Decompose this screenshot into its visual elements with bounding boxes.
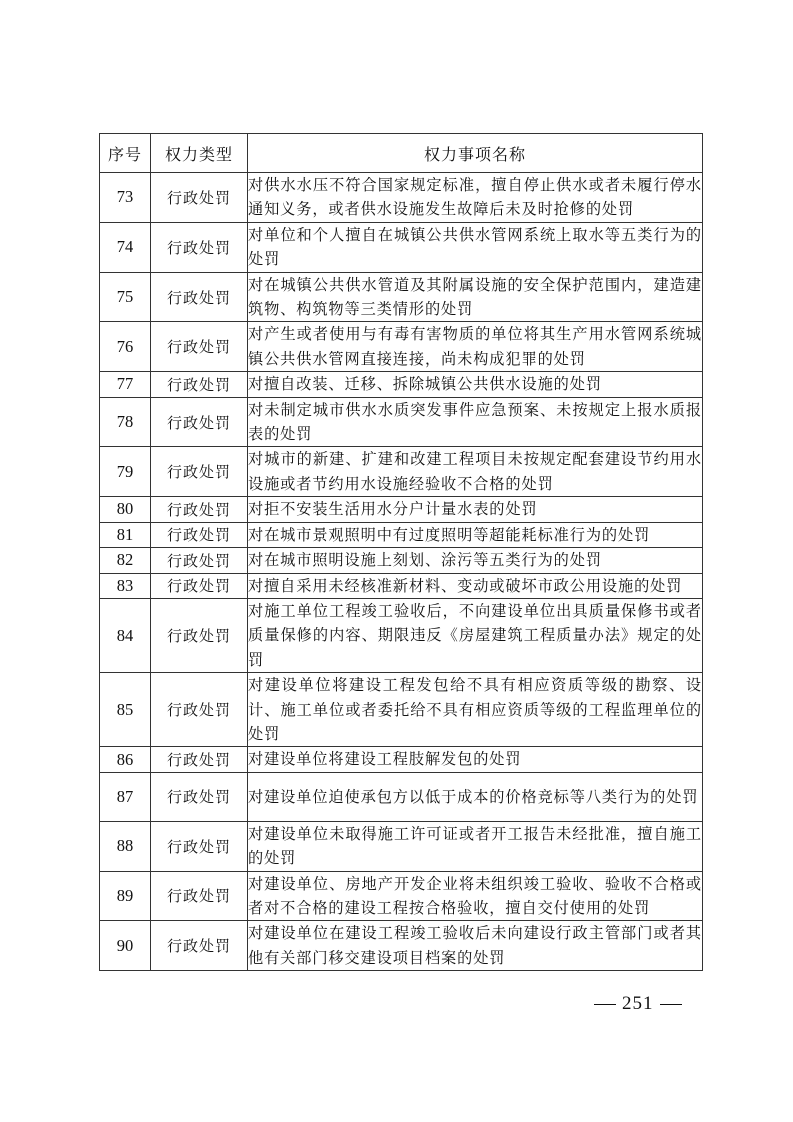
power-type-cell: 行政处罚 — [151, 548, 248, 573]
power-type-cell: 行政处罚 — [151, 173, 248, 223]
power-items-table: 序号 权力类型 权力事项名称 73行政处罚对供水水压不符合国家规定标准，擅自停止… — [99, 133, 703, 971]
serial-number-cell: 87 — [100, 772, 151, 821]
table-row: 75行政处罚对在城镇公共供水管道及其附属设施的安全保护范围内，建造建筑物、构筑物… — [100, 272, 703, 322]
power-item-name-cell: 对城市的新建、扩建和改建工程项目未按规定配套建设节约用水设施或者节约用水设施经验… — [248, 447, 703, 497]
serial-number-cell: 80 — [100, 497, 151, 522]
power-item-name-cell: 对建设单位迫使承包方以低于成本的价格竞标等八类行为的处罚 — [248, 772, 703, 821]
power-type-cell: 行政处罚 — [151, 222, 248, 272]
power-item-name-cell: 对建设单位、房地产开发企业将未组织竣工验收、验收不合格或者对不合格的建设工程按合… — [248, 871, 703, 921]
table-row: 84行政处罚对施工单位工程竣工验收后，不向建设单位出具质量保修书或者质量保修的内… — [100, 598, 703, 672]
table-row: 77行政处罚对擅自改装、迁移、拆除城镇公共供水设施的处罚 — [100, 372, 703, 397]
serial-number-cell: 89 — [100, 871, 151, 921]
table-row: 83行政处罚对擅自采用未经核准新材料、变动或破坏市政公用设施的处罚 — [100, 573, 703, 598]
power-item-name-cell: 对拒不安装生活用水分户计量水表的处罚 — [248, 497, 703, 522]
serial-number-cell: 74 — [100, 222, 151, 272]
power-item-name-cell: 对建设单位在建设工程竣工验收后未向建设行政主管部门或者其他有关部门移交建设项目档… — [248, 921, 703, 971]
power-type-cell: 行政处罚 — [151, 673, 248, 747]
power-item-name-cell: 对供水水压不符合国家规定标准，擅自停止供水或者未履行停水通知义务，或者供水设施发… — [248, 173, 703, 223]
power-type-cell: 行政处罚 — [151, 372, 248, 397]
power-item-name-cell: 对施工单位工程竣工验收后，不向建设单位出具质量保修书或者质量保修的内容、期限违反… — [248, 598, 703, 672]
table-row: 81行政处罚对在城市景观照明中有过度照明等超能耗标准行为的处罚 — [100, 522, 703, 547]
serial-number-cell: 79 — [100, 447, 151, 497]
power-type-cell: 行政处罚 — [151, 921, 248, 971]
serial-number-cell: 83 — [100, 573, 151, 598]
power-type-cell: 行政处罚 — [151, 573, 248, 598]
table-row: 73行政处罚对供水水压不符合国家规定标准，擅自停止供水或者未履行停水通知义务，或… — [100, 173, 703, 223]
power-item-name-cell: 对产生或者使用与有毒有害物质的单位将其生产用水管网系统城镇公共供水管网直接连接，… — [248, 322, 703, 372]
header-power-type: 权力类型 — [151, 134, 248, 173]
serial-number-cell: 90 — [100, 921, 151, 971]
table-row: 90行政处罚对建设单位在建设工程竣工验收后未向建设行政主管部门或者其他有关部门移… — [100, 921, 703, 971]
table-row: 78行政处罚对未制定城市供水水质突发事件应急预案、未按规定上报水质报表的处罚 — [100, 397, 703, 447]
table-row: 87行政处罚对建设单位迫使承包方以低于成本的价格竞标等八类行为的处罚 — [100, 772, 703, 821]
power-type-cell: 行政处罚 — [151, 322, 248, 372]
dash-left — [594, 1004, 616, 1005]
table-row: 88行政处罚对建设单位未取得施工许可证或者开工报告未经批准，擅自施工的处罚 — [100, 821, 703, 871]
power-type-cell: 行政处罚 — [151, 821, 248, 871]
power-type-cell: 行政处罚 — [151, 598, 248, 672]
dash-right — [660, 1004, 682, 1005]
power-item-name-cell: 对擅自采用未经核准新材料、变动或破坏市政公用设施的处罚 — [248, 573, 703, 598]
power-type-cell: 行政处罚 — [151, 772, 248, 821]
power-item-name-cell: 对建设单位将建设工程发包给不具有相应资质等级的勘察、设计、施工单位或者委托给不具… — [248, 673, 703, 747]
serial-number-cell: 85 — [100, 673, 151, 747]
power-type-cell: 行政处罚 — [151, 397, 248, 447]
header-serial-number: 序号 — [100, 134, 151, 173]
page-number: 251 — [622, 993, 654, 1014]
serial-number-cell: 82 — [100, 548, 151, 573]
table-row: 80行政处罚对拒不安装生活用水分户计量水表的处罚 — [100, 497, 703, 522]
table-row: 86行政处罚对建设单位将建设工程肢解发包的处罚 — [100, 747, 703, 772]
power-item-name-cell: 对未制定城市供水水质突发事件应急预案、未按规定上报水质报表的处罚 — [248, 397, 703, 447]
serial-number-cell: 73 — [100, 173, 151, 223]
serial-number-cell: 81 — [100, 522, 151, 547]
power-item-name-cell: 对单位和个人擅自在城镇公共供水管网系统上取水等五类行为的处罚 — [248, 222, 703, 272]
power-item-name-cell: 对在城市照明设施上刻划、涂污等五类行为的处罚 — [248, 548, 703, 573]
power-item-name-cell: 对建设单位将建设工程肢解发包的处罚 — [248, 747, 703, 772]
serial-number-cell: 78 — [100, 397, 151, 447]
serial-number-cell: 84 — [100, 598, 151, 672]
serial-number-cell: 77 — [100, 372, 151, 397]
power-type-cell: 行政处罚 — [151, 747, 248, 772]
table-row: 79行政处罚对城市的新建、扩建和改建工程项目未按规定配套建设节约用水设施或者节约… — [100, 447, 703, 497]
table-row: 89行政处罚对建设单位、房地产开发企业将未组织竣工验收、验收不合格或者对不合格的… — [100, 871, 703, 921]
power-type-cell: 行政处罚 — [151, 522, 248, 547]
power-item-name-cell: 对在城镇公共供水管道及其附属设施的安全保护范围内，建造建筑物、构筑物等三类情形的… — [248, 272, 703, 322]
page-number-footer: 251 — [588, 993, 688, 1015]
document-page: 序号 权力类型 权力事项名称 73行政处罚对供水水压不符合国家规定标准，擅自停止… — [0, 0, 793, 1122]
serial-number-cell: 76 — [100, 322, 151, 372]
power-type-cell: 行政处罚 — [151, 871, 248, 921]
power-item-name-cell: 对建设单位未取得施工许可证或者开工报告未经批准，擅自施工的处罚 — [248, 821, 703, 871]
power-type-cell: 行政处罚 — [151, 272, 248, 322]
serial-number-cell: 88 — [100, 821, 151, 871]
table-header-row: 序号 权力类型 权力事项名称 — [100, 134, 703, 173]
power-type-cell: 行政处罚 — [151, 497, 248, 522]
power-item-name-cell: 对擅自改装、迁移、拆除城镇公共供水设施的处罚 — [248, 372, 703, 397]
serial-number-cell: 86 — [100, 747, 151, 772]
table-row: 85行政处罚对建设单位将建设工程发包给不具有相应资质等级的勘察、设计、施工单位或… — [100, 673, 703, 747]
serial-number-cell: 75 — [100, 272, 151, 322]
table-row: 82行政处罚对在城市照明设施上刻划、涂污等五类行为的处罚 — [100, 548, 703, 573]
header-power-item-name: 权力事项名称 — [248, 134, 703, 173]
table-row: 76行政处罚对产生或者使用与有毒有害物质的单位将其生产用水管网系统城镇公共供水管… — [100, 322, 703, 372]
table-row: 74行政处罚对单位和个人擅自在城镇公共供水管网系统上取水等五类行为的处罚 — [100, 222, 703, 272]
power-type-cell: 行政处罚 — [151, 447, 248, 497]
power-item-name-cell: 对在城市景观照明中有过度照明等超能耗标准行为的处罚 — [248, 522, 703, 547]
